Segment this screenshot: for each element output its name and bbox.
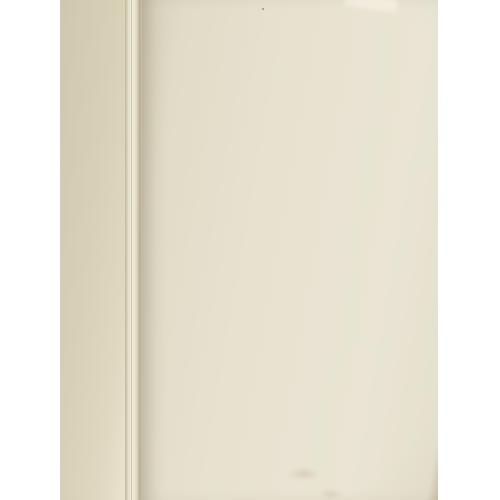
right-page	[142, 0, 438, 500]
book-photo	[60, 0, 438, 500]
top-edge-highlight	[344, 0, 397, 13]
paper-stain	[288, 468, 320, 480]
paper-speck	[262, 8, 264, 10]
left-page	[60, 0, 125, 500]
page-fore-edge	[125, 0, 142, 500]
paper-stain	[320, 489, 342, 499]
white-background	[0, 0, 500, 500]
